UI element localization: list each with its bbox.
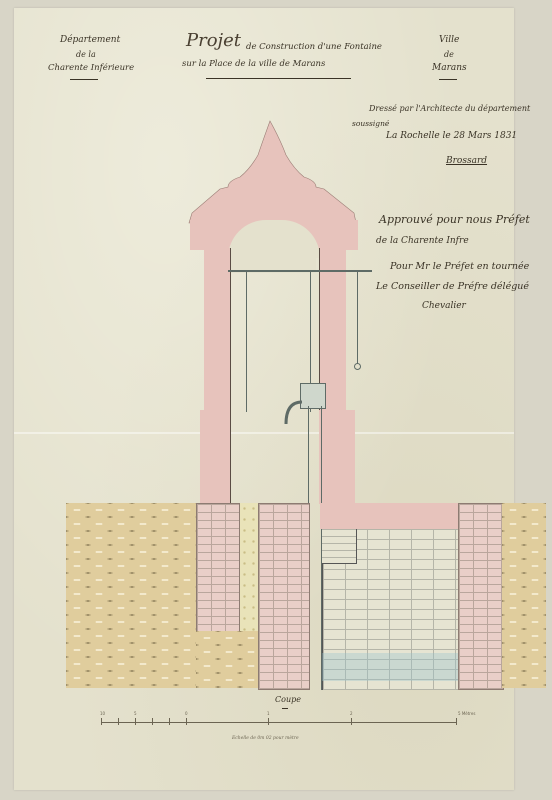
section-label: Coupe xyxy=(275,695,301,704)
title-underline xyxy=(206,78,351,79)
header-right-underline xyxy=(439,79,457,80)
gravel-fill-left xyxy=(240,503,258,631)
scale-small-label: 5 xyxy=(134,711,137,716)
scale-major-label: 2 xyxy=(350,711,353,716)
scale-small-label: 0 xyxy=(185,711,188,716)
department-label: Département xyxy=(60,35,120,45)
masonry-left-outer xyxy=(196,503,240,633)
department-name: Charente Inférieure xyxy=(48,63,134,73)
pump-handle-ring-icon xyxy=(354,363,361,370)
scale-tick xyxy=(268,718,269,725)
scale-major-label: 1 xyxy=(267,711,270,716)
scale-tick xyxy=(351,718,352,725)
left-pier-base xyxy=(200,410,230,504)
pump-handle-chain xyxy=(357,272,358,364)
right-pier-base xyxy=(319,410,355,504)
earth-left xyxy=(66,503,196,688)
title-cap: Projet xyxy=(186,30,241,51)
scale-tick xyxy=(169,718,170,725)
town-of-label: de xyxy=(444,50,454,59)
scale-line xyxy=(101,722,457,723)
drawing-sheet: Département de la Charente Inférieure Pr… xyxy=(14,8,514,790)
pump-rod-left xyxy=(246,272,247,412)
scale-tick xyxy=(101,718,102,725)
pump-lever-bar xyxy=(228,270,372,272)
earth-right xyxy=(502,503,546,688)
earth-left-lower xyxy=(196,631,258,688)
approval-line-3: Pour Mr le Préfet en tournée xyxy=(390,261,529,272)
spout-icon xyxy=(282,398,304,426)
well-lintel xyxy=(320,503,460,529)
scale-tick xyxy=(135,718,136,725)
department-of-label: de la xyxy=(76,50,96,59)
cert-line-1: Dressé par l'Architecte du département xyxy=(369,104,530,113)
scale-tick xyxy=(152,718,153,725)
masonry-left-inner xyxy=(258,503,310,690)
town-name: Marans xyxy=(432,63,467,73)
pump-pipe xyxy=(308,406,322,690)
approval-signature: Chevalier xyxy=(422,301,466,311)
architect-signature: Brossard xyxy=(446,156,487,166)
scale-end-label: 5 Mètres xyxy=(458,711,475,716)
cert-date: La Rochelle le 28 Mars 1831 xyxy=(386,131,517,141)
approval-line-1: Approuvé pour nous Préfet xyxy=(379,213,530,226)
scale-tick xyxy=(118,718,119,725)
header-left-underline xyxy=(70,79,98,80)
scale-tick xyxy=(456,718,457,725)
water-level xyxy=(322,653,458,681)
paper-fold xyxy=(14,432,514,434)
scale-caption: Echelle de 0m 02 pour mètre xyxy=(232,736,299,741)
scale-tick xyxy=(186,718,187,725)
town-label: Ville xyxy=(439,35,459,45)
scale-small-label: 10 xyxy=(100,711,105,716)
title-line-1: de Construction d'une Fontaine xyxy=(246,42,382,52)
masonry-right xyxy=(458,503,504,690)
approval-line-4: Le Conseiller de Préfre délégué xyxy=(376,281,529,292)
section-label-underline xyxy=(282,708,288,709)
well-steps xyxy=(322,529,357,564)
title-line-2: sur la Place de la ville de Marans xyxy=(182,59,325,69)
approval-line-2: de la Charente Infre xyxy=(376,236,469,246)
